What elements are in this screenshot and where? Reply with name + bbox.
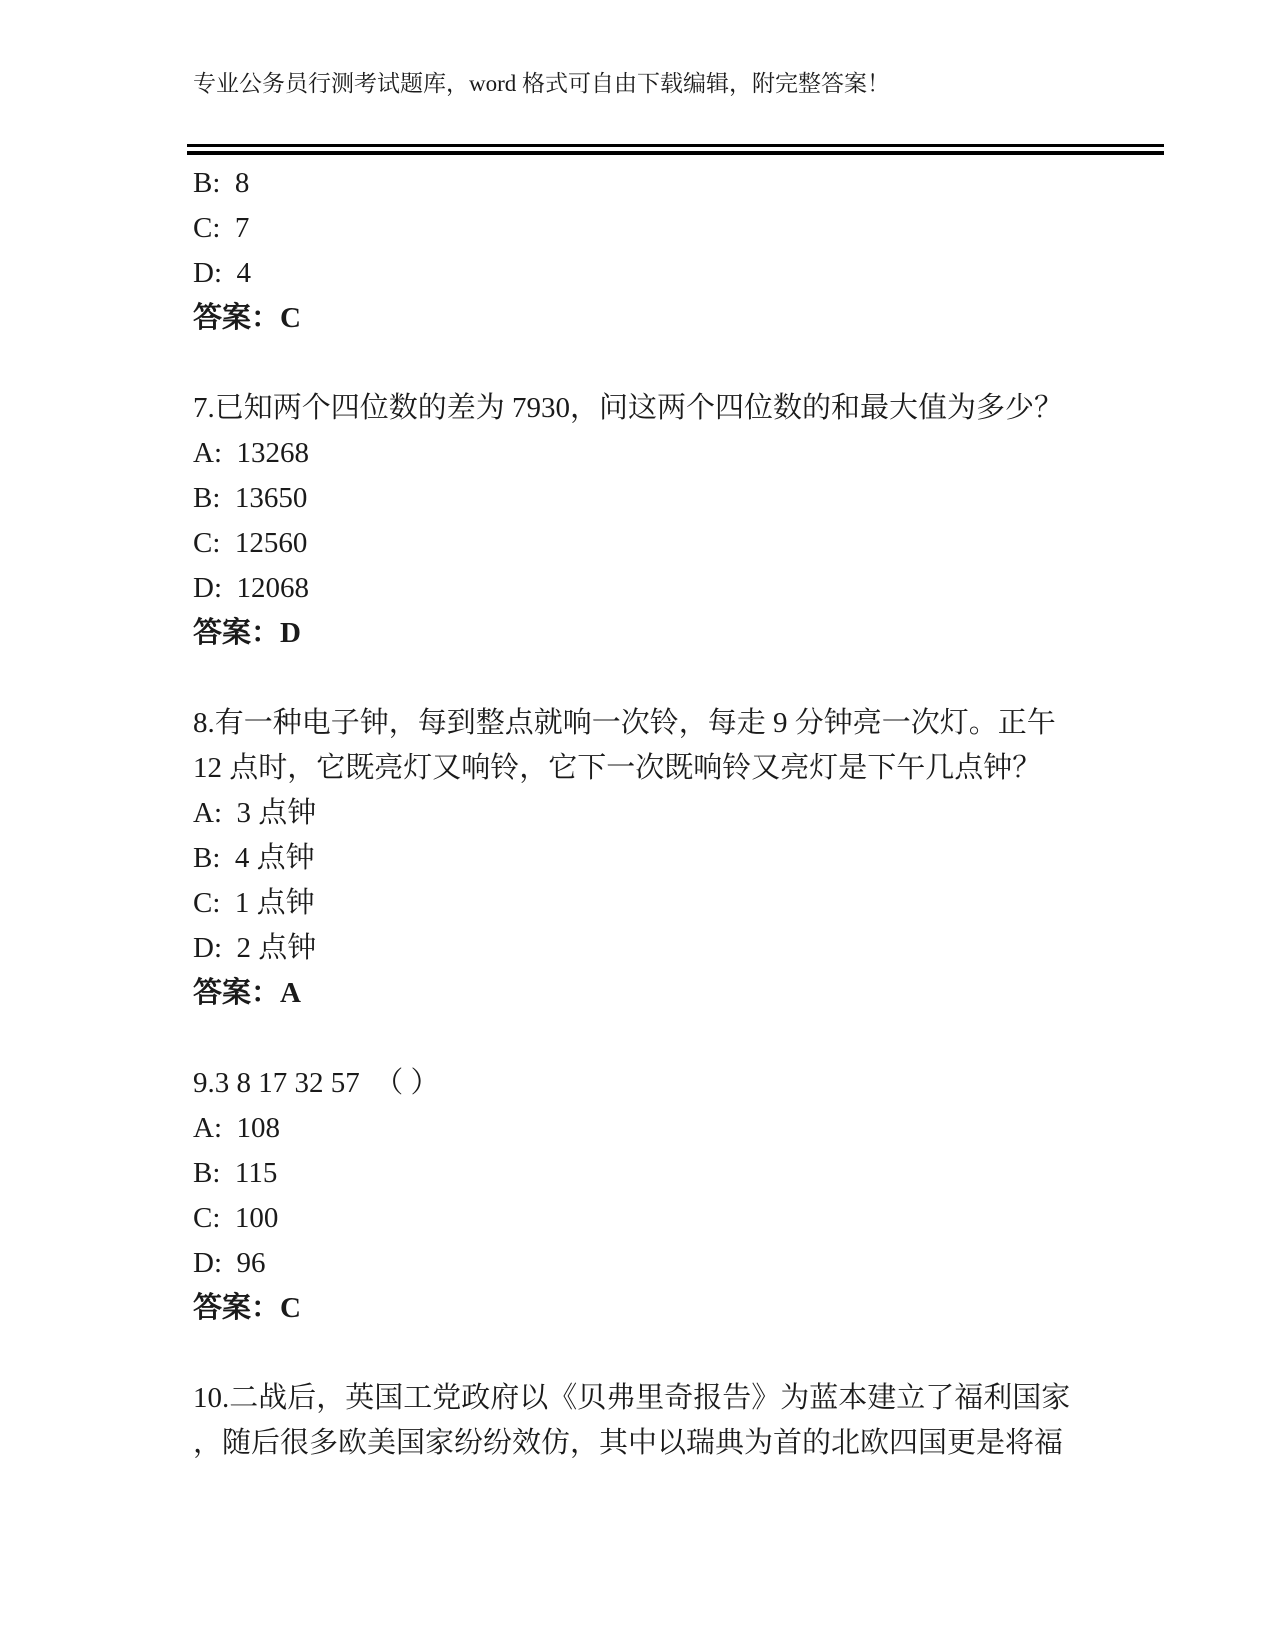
document-page: 专业公务员行测考试题库，word 格式可自由下载编辑，附完整答案！ B: 8 C…	[0, 0, 1275, 1650]
page-header-title: 专业公务员行测考试题库，word 格式可自由下载编辑，附完整答案！	[193, 68, 1163, 100]
option-line: C: 12560	[193, 521, 1108, 566]
option-line: A: 108	[193, 1106, 1108, 1151]
answer-line: 答案：C	[193, 1286, 1108, 1331]
question-text-line: ，随后很多欧美国家纷纷效仿，其中以瑞典为首的北欧四国更是将福	[193, 1421, 1108, 1466]
header-divider	[187, 144, 1164, 155]
option-line: D: 12068	[193, 566, 1108, 611]
answer-line: 答案：A	[193, 971, 1108, 1016]
option-line: B: 8	[193, 161, 1108, 206]
answer-line: 答案：D	[193, 611, 1108, 656]
option-line: B: 4 点钟	[193, 836, 1108, 881]
option-line: D: 2 点钟	[193, 926, 1108, 971]
option-line: C: 100	[193, 1196, 1108, 1241]
option-line: D: 96	[193, 1241, 1108, 1286]
question-block-partial: B: 8 C: 7 D: 4 答案：C	[193, 161, 1108, 341]
question-text-line: 8.有一种电子钟，每到整点就响一次铃，每走 9 分钟亮一次灯。正午	[193, 701, 1108, 746]
question-text-line: 7.已知两个四位数的差为 7930，问这两个四位数的和最大值为多少？	[193, 386, 1108, 431]
question-text-line: 10.二战后，英国工党政府以《贝弗里奇报告》为蓝本建立了福利国家	[193, 1376, 1108, 1421]
option-line: A: 3 点钟	[193, 791, 1108, 836]
question-block-7: 7.已知两个四位数的差为 7930，问这两个四位数的和最大值为多少？ A: 13…	[193, 386, 1108, 656]
option-line: B: 115	[193, 1151, 1108, 1196]
question-block-8: 8.有一种电子钟，每到整点就响一次铃，每走 9 分钟亮一次灯。正午 12 点时，…	[193, 701, 1108, 1016]
option-line: C: 1 点钟	[193, 881, 1108, 926]
option-line: D: 4	[193, 251, 1108, 296]
option-line: B: 13650	[193, 476, 1108, 521]
question-block-10: 10.二战后，英国工党政府以《贝弗里奇报告》为蓝本建立了福利国家 ，随后很多欧美…	[193, 1376, 1108, 1466]
answer-line: 答案：C	[193, 296, 1108, 341]
question-block-9: 9.3 8 17 32 57 （ ） A: 108 B: 115 C: 100 …	[193, 1061, 1108, 1331]
question-text-line: 12 点时，它既亮灯又响铃，它下一次既响铃又亮灯是下午几点钟？	[193, 746, 1108, 791]
option-line: C: 7	[193, 206, 1108, 251]
document-body: B: 8 C: 7 D: 4 答案：C 7.已知两个四位数的差为 7930，问这…	[193, 161, 1108, 1466]
question-text-line: 9.3 8 17 32 57 （ ）	[193, 1061, 1108, 1106]
option-line: A: 13268	[193, 431, 1108, 476]
